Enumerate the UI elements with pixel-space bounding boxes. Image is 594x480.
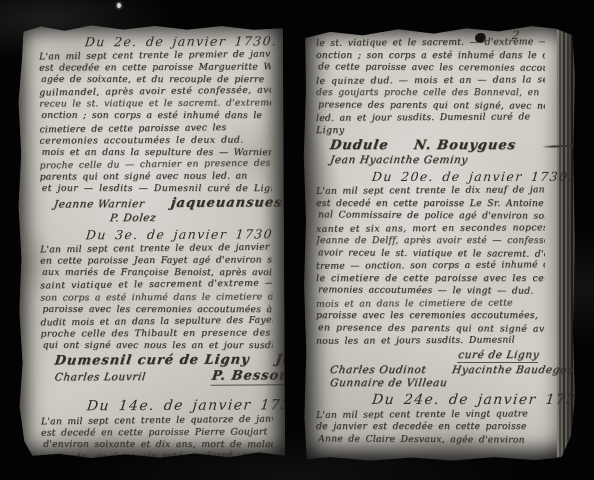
signature: N. Bouygues: [413, 138, 517, 153]
manuscript-line: est decedé en cette paroisse Pierre Gouj…: [41, 426, 273, 439]
signature: Jean Hyacinthe Geminy: [329, 154, 469, 166]
manuscript-line: le cimetiere de cette paroisse avec les …: [316, 273, 545, 286]
signature: curé de Ligny: [457, 349, 540, 363]
manuscript-line: gaillarde, après avoir esté confessé, av…: [41, 450, 273, 465]
entry-date-heading: Du 20e. de janvier 1730.: [371, 169, 546, 184]
manuscript-line: qui ont signé avec nous les an et jour s…: [43, 340, 273, 352]
manuscript-line: est decedé en cette paroisse Le Sr. Anto…: [316, 198, 545, 211]
signature: P. Besson: [211, 368, 291, 385]
signature-row: Gunnaire de Villeau: [330, 377, 545, 389]
manuscript-line: le st. viatique et le sacremt. — d'extre…: [316, 36, 545, 50]
signature-row: Charles Louvril P. Besson: [55, 368, 273, 386]
signature: jaqueuansues: [169, 195, 283, 211]
manuscript-line: xante et six ans, mort en secondes nopce…: [316, 222, 545, 236]
manuscript-line: est decedée en cette paroisse Margueritt…: [39, 61, 271, 74]
entry-date-heading: Du 3e. de janvier 1730: [85, 226, 272, 242]
manuscript-line: cimetiere de cette paroisse avec les: [39, 121, 271, 136]
manuscript-line: dudit mois et an dans la sepulture des F…: [40, 314, 272, 329]
signature: Dumesnil curé de Ligny: [54, 352, 251, 368]
entry-body-text: le st. viatique et le sacremt. — d'extre…: [316, 37, 545, 137]
signature-row: Dudule N. Bouygues: [330, 138, 545, 153]
manuscript-line: mois et an dans le cimetiere de cette: [316, 297, 545, 311]
manuscript-line: Anne de Claire Desvaux, agée d'environ: [318, 433, 545, 447]
entry-body-text: L'an mil sept cent trente le deux de jan…: [40, 242, 273, 352]
signature: Charles Oudinot: [329, 364, 427, 376]
entry-body-text: L'an mil sept cent trente le vingt quatr…: [316, 409, 545, 447]
entry-body-text: L'an mil sept cent trente le premier de …: [39, 49, 272, 195]
signature: Jeanne Warnier: [53, 198, 145, 210]
manuscript-line: Ligny: [316, 125, 545, 138]
burial-entry-jan14: Du 14e. de janvier 1730 L'an mil sept ce…: [41, 397, 273, 464]
signature-row: Charles Oudinot Hyacinthe Baudegouget: [330, 364, 545, 376]
signature: P. Dolez: [109, 212, 157, 224]
manuscript-line: remonies accoutumées — le vingt — dud.: [318, 284, 545, 298]
manuscript-page-right: 2 le st. viatique et le sacremt. — d'ext…: [303, 24, 575, 461]
entry-date-heading: Du 14e. de janvier 1730: [86, 397, 274, 414]
signature-row: Dumesnil curé de Ligny Joseph Fayet: [55, 352, 273, 368]
manuscript-line: des goujarts proche celle des Bonneval, …: [316, 87, 545, 100]
signature-row: Jeanne Warnier jaqueuansues: [54, 195, 272, 211]
manuscript-line: de janvier est decedée en cette paroisse: [316, 421, 545, 434]
signature: Dudule: [329, 138, 390, 153]
manuscript-line: Jeanne de Delff, après avoir esté — conf…: [316, 235, 545, 248]
manuscript-line: L'an mil sept cent trente le vingt quatr…: [316, 408, 545, 422]
manuscript-line: parents qui ont signé avec nous led. an: [40, 170, 272, 183]
manuscript-line: onction ; son corps a esté inhumé dans l…: [41, 110, 271, 122]
signature-row: Jean Hyacinthe Geminy: [330, 154, 545, 166]
manuscript-line: de cette paroisse avec les ceremonies ac…: [318, 61, 545, 75]
burial-entry-jan20: Du 20e. de janvier 1730. L'an mil sept c…: [316, 169, 545, 389]
dust-speck: [117, 3, 121, 8]
manuscript-line: onction ; son corps a esté inhumé dans l…: [316, 50, 545, 63]
microfilm-scan: Du 2e. de janvier 1730. L'an mil sept ce…: [0, 0, 594, 480]
manuscript-line: et jour — lesdits — Dumesnil curé de Lig…: [42, 183, 272, 195]
signature: Hyacinthe Baudegouget: [451, 364, 594, 376]
burial-entry-continuation: le st. viatique et le sacremt. — d'extre…: [316, 37, 545, 166]
manuscript-line: treme — onction. son corps a esté inhumé…: [316, 259, 545, 273]
manuscript-page-left: Du 2e. de janvier 1730. L'an mil sept ce…: [17, 22, 285, 458]
manuscript-line: en cette paroisse Jean Fayet agé d'envir…: [40, 255, 272, 268]
signature: Charles Louvril: [54, 371, 147, 383]
entry-date-heading: Du 24e. de janvier 1730: [371, 392, 546, 408]
manuscript-line: L'an mil sept cent trente le dix neuf de…: [316, 184, 545, 198]
signature: Gunnaire de Villeau: [329, 377, 448, 389]
burial-entry-jan3: Du 3e. de janvier 1730 L'an mil sept cen…: [40, 226, 273, 386]
entry-date-heading: Du 2e. de janvier 1730.: [84, 33, 271, 49]
burial-entry-jan24: Du 24e. de janvier 1730 L'an mil sept ce…: [316, 392, 545, 447]
manuscript-line: nal Commissaire de police agé d'environ …: [318, 209, 545, 223]
signature-row: P. Dolez: [110, 211, 272, 224]
manuscript-line: le quinze dud. — mois et an — dans la se…: [316, 74, 545, 88]
manuscript-line: paroisse avec les ceremonies accoutumées…: [42, 303, 272, 315]
manuscript-line: paroisse avec les ceremonies accoutumées…: [316, 310, 545, 323]
burial-entry-jan2: Du 2e. de janvier 1730. L'an mil sept ce…: [39, 33, 272, 224]
manuscript-line: proche celle des Thibault en presence de…: [40, 327, 272, 340]
signature-row: curé de Ligny: [330, 349, 545, 363]
manuscript-line: led. an et jour susdits. Dumesnil curé d…: [316, 111, 545, 125]
entry-body-text: L'an mil sept cent trente le quatorze de…: [41, 414, 273, 464]
manuscript-line: son corps a esté inhumé dans le cimetier…: [40, 291, 272, 304]
pen-stroke: [542, 144, 594, 148]
entry-body-text: L'an mil sept cent trente le dix neuf de…: [316, 185, 545, 348]
manuscript-line: nous les an et jours susdits. Dumesnil: [316, 334, 545, 348]
